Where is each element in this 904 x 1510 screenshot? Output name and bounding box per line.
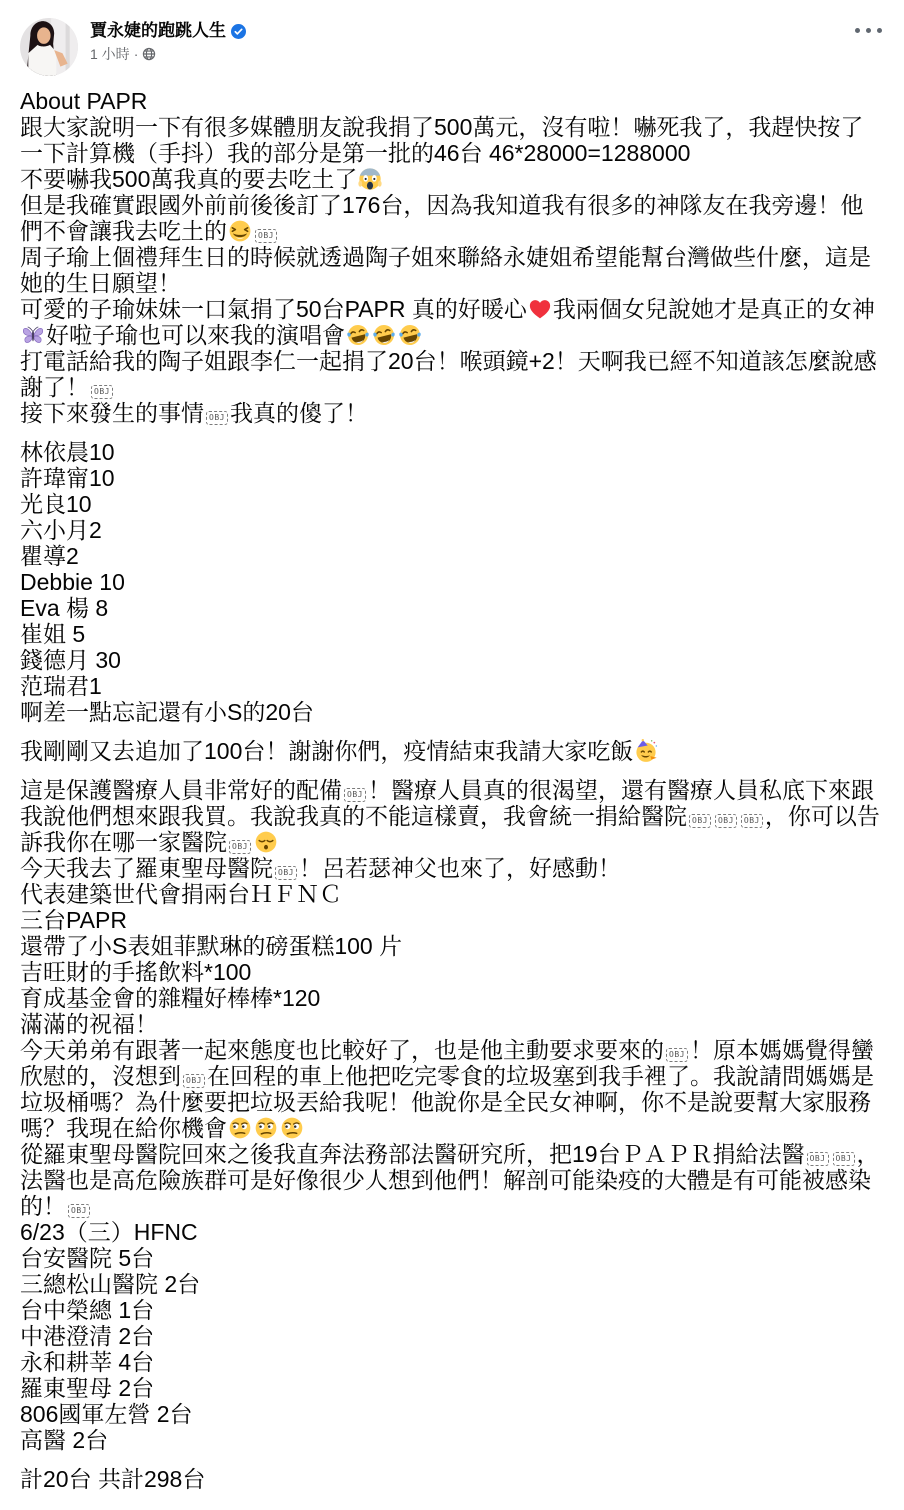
separator-dot: · <box>134 46 139 62</box>
post-line: 今天弟弟有跟著一起來態度也比較好了，也是他主動要求要來的OBJ！原本媽媽覺得蠻欣… <box>20 1037 884 1141</box>
post-line: 永和耕莘 4台 <box>20 1349 884 1375</box>
post-line: 計20台 共計298台 <box>20 1466 884 1492</box>
post-line: 光良10 <box>20 491 884 517</box>
emoji-relieved-icon <box>254 830 278 854</box>
post-line: 周子瑜上個禮拜生日的時候就透過陶子姐來聯絡永婕姐希望能幫台灣做些什麼，這是她的生… <box>20 244 884 296</box>
object-placeholder: OBJ <box>91 385 113 399</box>
emoji-butterfly-icon <box>21 323 45 347</box>
post-line: Debbie 10 <box>20 569 884 595</box>
post-line: 林依晨10 <box>20 439 884 465</box>
post-line: 台中榮總 1台 <box>20 1297 884 1323</box>
post-line: 打電話給我的陶子姐跟李仁一起捐了20台！喉頭鏡+2！天啊我已經不知道該怎麼說感謝… <box>20 348 884 400</box>
more-options-button[interactable] <box>853 20 884 41</box>
post-line: 從羅東聖母醫院回來之後我直奔法務部法醫研究所，把19台ＰＡＰＲ捐給法醫OBJOB… <box>20 1141 884 1219</box>
post-line: 瞿導2 <box>20 543 884 569</box>
emoji-rofl-icon <box>346 323 370 347</box>
object-placeholder: OBJ <box>229 840 251 854</box>
post-line: 中港澄清 2台 <box>20 1323 884 1349</box>
post-line: 三總松山醫院 2台 <box>20 1271 884 1297</box>
object-placeholder: OBJ <box>666 1048 688 1062</box>
post-line: 育成基金會的雜糧好棒棒*120 <box>20 985 884 1011</box>
object-placeholder: OBJ <box>715 814 737 828</box>
post-line: 806國軍左營 2台 <box>20 1401 884 1427</box>
emoji-rofl-icon <box>398 323 422 347</box>
object-placeholder: OBJ <box>183 1074 205 1088</box>
post-line: 崔姐 5 <box>20 621 884 647</box>
post-line: Eva 楊 8 <box>20 595 884 621</box>
post-line: 跟大家說明一下有很多媒體朋友說我捐了500萬元，沒有啦！嚇死我了，我趕快按了一下… <box>20 114 884 166</box>
post-line: 范瑞君1 <box>20 673 884 699</box>
post-paragraph: 我剛剛又去追加了100台！謝謝你們，疫情結束我請大家吃飯 <box>20 738 884 764</box>
post-paragraph: About PAPR跟大家說明一下有很多媒體朋友說我捐了500萬元，沒有啦！嚇死… <box>20 88 884 426</box>
emoji-rofl-icon <box>372 323 396 347</box>
post-line: 代表建築世代會捐兩台ＨＦＮＣ <box>20 881 884 907</box>
header-meta: 賈永婕的跑跳人生 1 小時 · <box>90 18 246 62</box>
post-paragraph: 計20台 共計298台 <box>20 1466 884 1492</box>
timestamp[interactable]: 1 小時 <box>90 46 130 62</box>
emoji-laugh-squint-icon <box>228 219 252 243</box>
post-line: 啊差一點忘記還有小S的20台 <box>20 699 884 725</box>
object-placeholder: OBJ <box>255 229 277 243</box>
more-dot <box>866 28 871 33</box>
emoji-scream-icon <box>358 167 382 191</box>
more-dot <box>877 28 882 33</box>
avatar[interactable] <box>20 18 78 76</box>
post-line: 還帶了小S表姐菲默琳的磅蛋糕100 片 <box>20 933 884 959</box>
time-row: 1 小時 · <box>90 46 246 62</box>
verified-badge-icon <box>231 24 246 39</box>
object-placeholder: OBJ <box>68 1204 90 1218</box>
page-name[interactable]: 賈永婕的跑跳人生 <box>90 21 226 41</box>
post-line: 這是保護醫療人員非常好的配備OBJ！醫療人員真的很渴望，還有醫療人員私底下來跟我… <box>20 777 884 855</box>
object-placeholder: OBJ <box>807 1152 829 1166</box>
object-placeholder: OBJ <box>689 814 711 828</box>
object-placeholder: OBJ <box>206 411 228 425</box>
object-placeholder: OBJ <box>344 788 366 802</box>
post-line: 羅東聖母 2台 <box>20 1375 884 1401</box>
post-line: 6/23（三）HFNC <box>20 1219 884 1245</box>
post-header: 賈永婕的跑跳人生 1 小時 · <box>0 0 904 76</box>
post-paragraph: 林依晨10許瑋甯10光良10六小月2瞿導2Debbie 10Eva 楊 8崔姐 … <box>20 439 884 725</box>
more-dot <box>855 28 860 33</box>
facebook-post-card: 賈永婕的跑跳人生 1 小時 · <box>0 0 904 1510</box>
post-line: 接下來發生的事情OBJ我真的傻了！ <box>20 400 884 426</box>
object-placeholder: OBJ <box>833 1152 855 1166</box>
post-body: About PAPR跟大家說明一下有很多媒體朋友說我捐了500萬元，沒有啦！嚇死… <box>0 88 904 1510</box>
globe-privacy-icon <box>142 47 156 61</box>
name-row: 賈永婕的跑跳人生 <box>90 21 246 41</box>
post-line: 滿滿的祝福！ <box>20 1011 884 1037</box>
object-placeholder: OBJ <box>741 814 763 828</box>
post-line: 許瑋甯10 <box>20 465 884 491</box>
post-line: 三台PAPR <box>20 907 884 933</box>
object-placeholder: OBJ <box>275 866 297 880</box>
emoji-red-heart-icon <box>528 297 552 321</box>
post-line: 不要嚇我500萬我真的要去吃土了 <box>20 166 884 192</box>
post-line: 可愛的子瑜妹妹一口氣捐了50台PAPR 真的好暖心我兩個女兒說她才是真正的女神好… <box>20 296 884 348</box>
post-line: About PAPR <box>20 88 884 114</box>
emoji-party-icon <box>634 739 658 763</box>
post-line: 台安醫院 5台 <box>20 1245 884 1271</box>
post-line: 但是我確實跟國外前前後後訂了176台，因為我知道我有很多的神隊友在我旁邊！他們不… <box>20 192 884 244</box>
post-line: 我剛剛又去追加了100台！謝謝你們，疫情結束我請大家吃飯 <box>20 738 884 764</box>
post-line: 六小月2 <box>20 517 884 543</box>
post-paragraph: 這是保護醫療人員非常好的配備OBJ！醫療人員真的很渴望，還有醫療人員私底下來跟我… <box>20 777 884 1453</box>
emoji-unamused-icon <box>254 1116 278 1140</box>
post-line: 高醫 2台 <box>20 1427 884 1453</box>
post-line: 錢德月 30 <box>20 647 884 673</box>
post-line: 吉旺財的手搖飲料*100 <box>20 959 884 985</box>
emoji-unamused-icon <box>280 1116 304 1140</box>
post-line: 今天我去了羅東聖母醫院OBJ！呂若瑟神父也來了，好感動！ <box>20 855 884 881</box>
emoji-unamused-icon <box>228 1116 252 1140</box>
